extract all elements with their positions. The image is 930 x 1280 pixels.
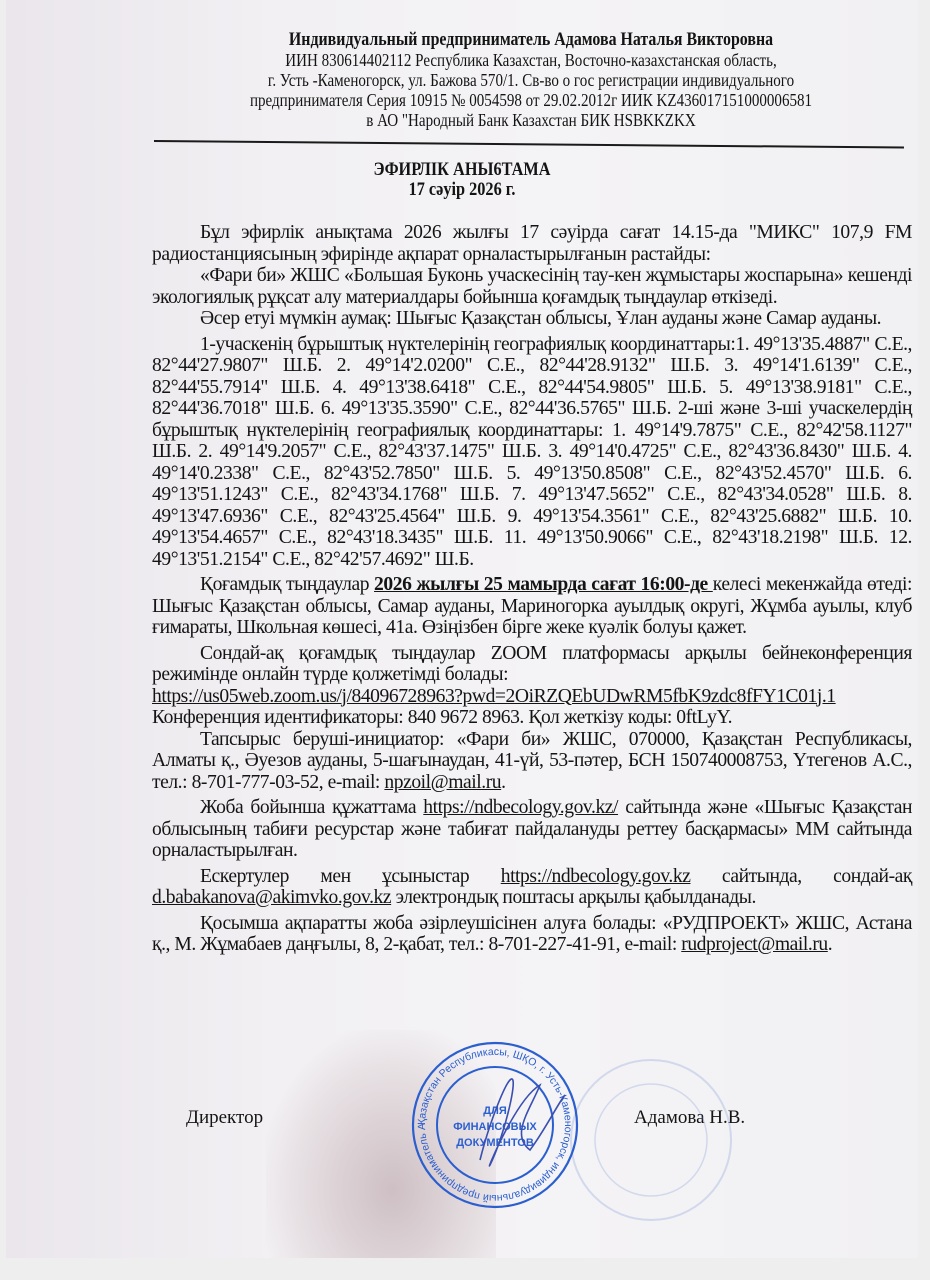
letterhead-line: г. Усть -Каменогорск, ул. Бажова 570/1. …: [209, 70, 854, 90]
zoom-link[interactable]: https://us05web.zoom.us/j/84096728963?pw…: [152, 686, 836, 707]
paragraph-confirmation: Бұл эфирлік анықтама 2026 жылғы 17 сәуір…: [152, 222, 912, 265]
paragraph-zoom-link: https://us05web.zoom.us/j/84096728963?pw…: [152, 686, 912, 708]
paragraph-comments: Ескертулер мен ұсыныстар https://ndbecol…: [152, 866, 912, 909]
comments-end: электрондық поштасы арқылы қабылданады.: [391, 887, 756, 908]
paragraph-initiator: Тапсырыс беруші-инициатор: «Фари би» ЖШС…: [152, 729, 912, 794]
signature-role: Директор: [186, 1107, 263, 1129]
letterhead-name: Индивидуальный предприниматель Адамова Н…: [209, 30, 854, 50]
ndbecology-link[interactable]: https://ndbecology.gov.kz/: [423, 797, 618, 818]
letterhead-divider: [154, 140, 904, 149]
bleedthrough-stamp-icon: [566, 1055, 736, 1225]
initiator-text: Тапсырыс беруші-инициатор: «Фари би» ЖШС…: [152, 729, 912, 793]
paragraph-conference-id: Конференция идентификаторы: 840 9672 896…: [152, 707, 912, 729]
paragraph-hearing-date: Қоғамдық тыңдаулар 2026 жылғы 25 мамырда…: [152, 574, 912, 639]
paragraph-documentation: Жоба бойынша құжаттама https://ndbecolog…: [152, 797, 912, 862]
paragraph-developer: Қосымша ақпаратты жоба әзірлеушісінен ал…: [152, 913, 912, 956]
title-heading: ЭФИРЛІК АНЫ6ТАМА: [61, 160, 864, 180]
paragraph-affected-area: Әсер етуі мүмкін аумақ: Шығыс Қазақстан …: [152, 308, 912, 330]
document-body: Бұл эфирлік анықтама 2026 жылғы 17 сәуір…: [152, 222, 912, 956]
letterhead-line: в АО "Народный Банк Казахстан БИК HSBKKZ…: [209, 110, 854, 130]
svg-text:ФИНАНСОВЫХ: ФИНАНСОВЫХ: [453, 1121, 537, 1133]
letterhead-line: предпринимателя Серия 10915 № 0054598 от…: [209, 90, 854, 110]
initiator-email-link[interactable]: npzoil@mail.ru: [384, 772, 501, 793]
letterhead: Индивидуальный предприниматель Адамова Н…: [209, 30, 854, 130]
comments-mid: сайтында, сондай-ақ: [690, 866, 912, 887]
title-date: 17 сәуір 2026 г.: [61, 180, 864, 200]
rudproject-email-link[interactable]: rudproject@mail.ru: [681, 934, 828, 955]
hearing-date: 2026 жылғы 25 мамырда сағат 16:00-де: [374, 574, 713, 595]
document-title: ЭФИРЛІК АНЫ6ТАМА 17 сәуір 2026 г.: [6, 160, 918, 200]
paragraph-coordinates: 1-учаскенің бұрыштық нүктелерінің геогра…: [152, 334, 912, 571]
paragraph-zoom: Сондай-ақ қоғамдық тыңдаулар ZOOM платфо…: [152, 643, 912, 686]
paragraph-hearing-subject: «Фари би» ЖШС «Большая Буконь учаскесіні…: [152, 265, 912, 308]
official-stamp-icon: Қазақстан Республикасы, ШҚО, г. Усть-Кам…: [410, 1040, 580, 1210]
hearing-intro: Қоғамдық тыңдаулар: [200, 574, 374, 595]
documentation-intro: Жоба бойынша құжаттама: [200, 797, 423, 818]
letterhead-line: ИИН 830614402112 Республика Казахстан, В…: [209, 50, 854, 70]
comments-intro: Ескертулер мен ұсыныстар: [200, 866, 501, 887]
babakanova-email-link[interactable]: d.babakanova@akimvko.gov.kz: [152, 887, 391, 908]
period: .: [501, 772, 505, 793]
ndbecology-link-2[interactable]: https://ndbecology.gov.kz: [501, 866, 691, 887]
document-page: Индивидуальный предприниматель Адамова Н…: [6, 0, 918, 1258]
period: .: [828, 934, 832, 955]
